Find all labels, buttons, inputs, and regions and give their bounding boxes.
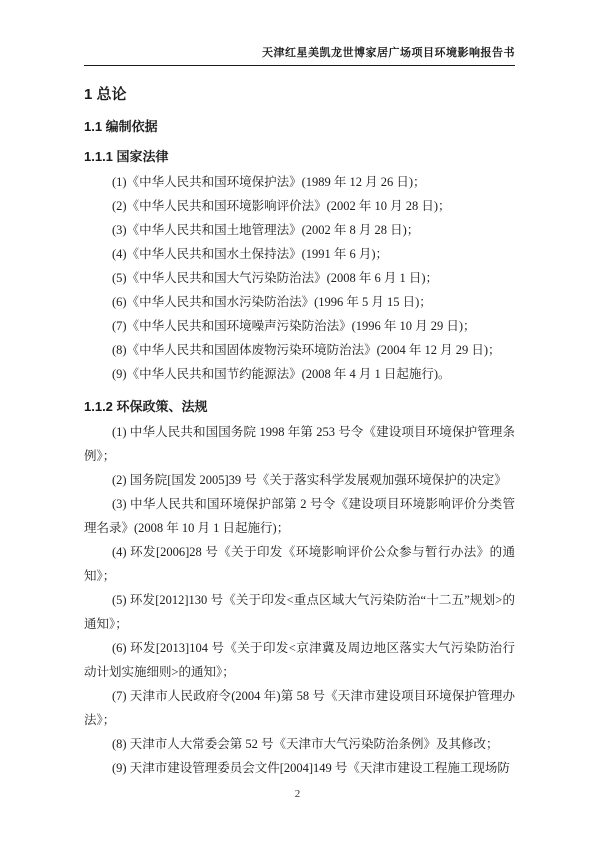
subsection-env-policies-title: 1.1.2 环保政策、法规 <box>84 398 515 416</box>
document-page: 天津红星美凯龙世博家居广场项目环境影响报告书 1 总论 1.1 编制依据 1.1… <box>0 0 595 842</box>
list-item: (7) 天津市人民政府令(2004 年)第 58 号《天津市建设项目环境保护管理… <box>84 684 515 732</box>
list-item: (6) 环发[2013]104 号《关于印发<京津冀及周边地区落实大气污染防治行… <box>84 636 515 684</box>
list-item: (4)《中华人民共和国水土保持法》(1991 年 6 月)； <box>84 242 515 266</box>
list-item: (9)《中华人民共和国节约能源法》(2008 年 4 月 1 日起施行)。 <box>84 362 515 386</box>
list-item: (8)《中华人民共和国固体废物污染环境防治法》(2004 年 12 月 29 日… <box>84 338 515 362</box>
list-item: (1)《中华人民共和国环境保护法》(1989 年 12 月 26 日)； <box>84 170 515 194</box>
page-number: 2 <box>295 788 301 800</box>
list-item: (6)《中华人民共和国水污染防治法》(1996 年 5 月 15 日)； <box>84 290 515 314</box>
national-laws-list: (1)《中华人民共和国环境保护法》(1989 年 12 月 26 日)； (2)… <box>84 170 515 386</box>
list-item: (5)《中华人民共和国大气污染防治法》(2008 年 6 月 1 日)； <box>84 266 515 290</box>
subsection-national-laws-title: 1.1.1 国家法律 <box>84 148 515 166</box>
list-item: (2) 国务院[国发 2005]39 号《关于落实科学发展观加强环境保护的决定》 <box>84 468 515 492</box>
list-item: (7)《中华人民共和国环境噪声污染防治法》(1996 年 10 月 29 日)； <box>84 314 515 338</box>
list-item: (9) 天津市建设管理委员会文件[2004]149 号《天津市建设工程施工现场防 <box>84 756 515 780</box>
section-title: 1.1 编制依据 <box>84 118 515 136</box>
list-item: (5) 环发[2012]130 号《关于印发<重点区域大气污染防治“十二五”规划… <box>84 588 515 636</box>
document-content: 1 总论 1.1 编制依据 1.1.1 国家法律 (1)《中华人民共和国环境保护… <box>84 63 515 780</box>
list-item: (3) 中华人民共和国环境保护部第 2 号令《建设项目环境影响评价分类管理名录》… <box>84 492 515 540</box>
list-item: (2)《中华人民共和国环境影响评价法》(2002 年 10 月 28 日)； <box>84 194 515 218</box>
list-item: (8) 天津市人大常委会第 52 号《天津市大气污染防治条例》及其修改； <box>84 732 515 756</box>
page-footer: 2 <box>0 784 595 802</box>
list-item: (4) 环发[2006]28 号《关于印发《环境影响评价公众参与暂行办法》的通知… <box>84 540 515 588</box>
report-header-title: 天津红星美凯龙世博家居广场项目环境影响报告书 <box>84 44 515 60</box>
chapter-title: 1 总论 <box>84 84 515 105</box>
list-item: (3)《中华人民共和国土地管理法》(2002 年 8 月 28 日)； <box>84 218 515 242</box>
list-item: (1) 中华人民共和国国务院 1998 年第 253 号令《建设项目环境保护管理… <box>84 420 515 468</box>
env-policies-list: (1) 中华人民共和国国务院 1998 年第 253 号令《建设项目环境保护管理… <box>84 420 515 780</box>
